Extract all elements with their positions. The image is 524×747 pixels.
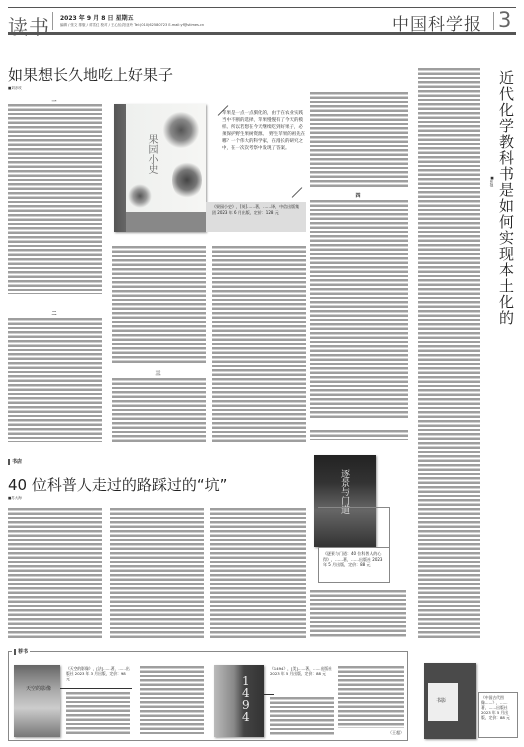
- article-body-column: [112, 246, 206, 364]
- article-body-column: [418, 68, 480, 640]
- book-caption: 《果园小史》，[英]……著，……译，中信出版集团 2023 年 6 月出版，定价…: [206, 202, 306, 232]
- header-bottom-rule: [8, 32, 516, 35]
- book-cover-label: 书影: [428, 683, 458, 721]
- book-caption: 《1494》，[美]……著，……出版社 2023 年 5 月出版，定价：88 元: [270, 666, 334, 692]
- pull-quote: 苹果是一点一点驯化的，由于在农业实践当中不断的选择，苹果慢慢有了今天的模样。所以…: [222, 110, 306, 152]
- section-tag: 荐书: [12, 648, 30, 655]
- article-body-column: [8, 104, 102, 294]
- book-caption: 《逐景与门道：40 位科普人的心得》，……著，……出版社 2023 年 5 月出…: [318, 547, 390, 583]
- page-number: 3: [498, 8, 511, 32]
- book-cover-1494: 1494: [214, 665, 264, 737]
- end-mark: （王超）: [388, 730, 404, 736]
- article-body-column: [212, 246, 306, 442]
- section-tag-label: 荐书: [18, 649, 28, 655]
- article-body-column: [110, 508, 204, 638]
- book-cover-band: [126, 212, 206, 232]
- article-footnote: [310, 430, 408, 440]
- issue-date: 2023 年 9 月 8 日 星期五: [60, 13, 134, 22]
- article-title-science: 40 位科普人走过的路踩过的“坑”: [8, 474, 227, 495]
- quote-mark-icon: [292, 187, 303, 198]
- article-byline: ■苏大海: [8, 496, 22, 501]
- article-body-column: [310, 92, 408, 188]
- book-cover-sky: 天空的影像: [14, 665, 60, 737]
- tree-illustration: [128, 184, 152, 208]
- tree-illustration: [162, 112, 200, 148]
- article-body-column: [210, 508, 306, 638]
- section-mark: 二: [44, 310, 64, 317]
- caption-rule: [60, 688, 132, 689]
- review-text: [140, 666, 204, 734]
- caption-rule: [264, 694, 274, 695]
- article-body-column: [8, 508, 102, 638]
- article-body-column: [112, 378, 206, 442]
- section-tag-label: 书店: [12, 459, 22, 465]
- book-cover-title: 书影: [436, 697, 446, 704]
- book-caption: 《中国古代图像……》，……著，……出版社 2023 年 5 月出版，定价：88 …: [478, 692, 518, 738]
- section-name: 读书: [8, 11, 50, 40]
- pull-quote-box: 苹果是一点一点驯化的，由于在农业实践当中不断的选择，苹果慢慢有了今天的模样。所以…: [212, 104, 306, 200]
- masthead-divider: [493, 12, 494, 30]
- tag-bar-icon: [14, 649, 16, 655]
- article-body-column: [310, 200, 408, 418]
- article-title-chemistry: 近代化学教科书是如何实现本土化的: [496, 70, 517, 326]
- book-cover-title: 果园小史: [144, 134, 159, 174]
- section-mark: 四: [348, 192, 368, 199]
- article-byline: ■张弛: [490, 176, 495, 187]
- review-text: [338, 666, 404, 728]
- book-caption: 《天空的影像》，[法]……著，……出版社 2023 年 3 月出版，定价：98 …: [66, 666, 130, 688]
- editor-credits: 编辑 / 张文 排版 / 邓雪红 校对 / 王心怡,阳亚玲 Tel:(010)6…: [60, 23, 204, 28]
- book-cover-title: 1494: [242, 675, 254, 723]
- book-cover-orchard: 果园小史: [114, 104, 206, 232]
- book-cover-title: 天空的影像: [26, 685, 51, 692]
- section-mark: 三: [148, 370, 168, 377]
- article-title-orchard: 如果想长久地吃上好果子: [8, 64, 173, 85]
- tree-illustration: [172, 160, 202, 200]
- book-cover-third: 书影: [424, 663, 476, 739]
- review-text: [66, 692, 130, 734]
- article-body-column: [8, 318, 102, 442]
- section-tag: 书店: [8, 458, 22, 465]
- tag-bar-icon: [8, 459, 10, 465]
- header-divider: [52, 12, 53, 30]
- header-top-rule: [8, 7, 516, 8]
- article-body-column: [310, 590, 406, 638]
- article-byline: ■刘亦玫: [8, 86, 22, 91]
- review-text: [270, 697, 334, 735]
